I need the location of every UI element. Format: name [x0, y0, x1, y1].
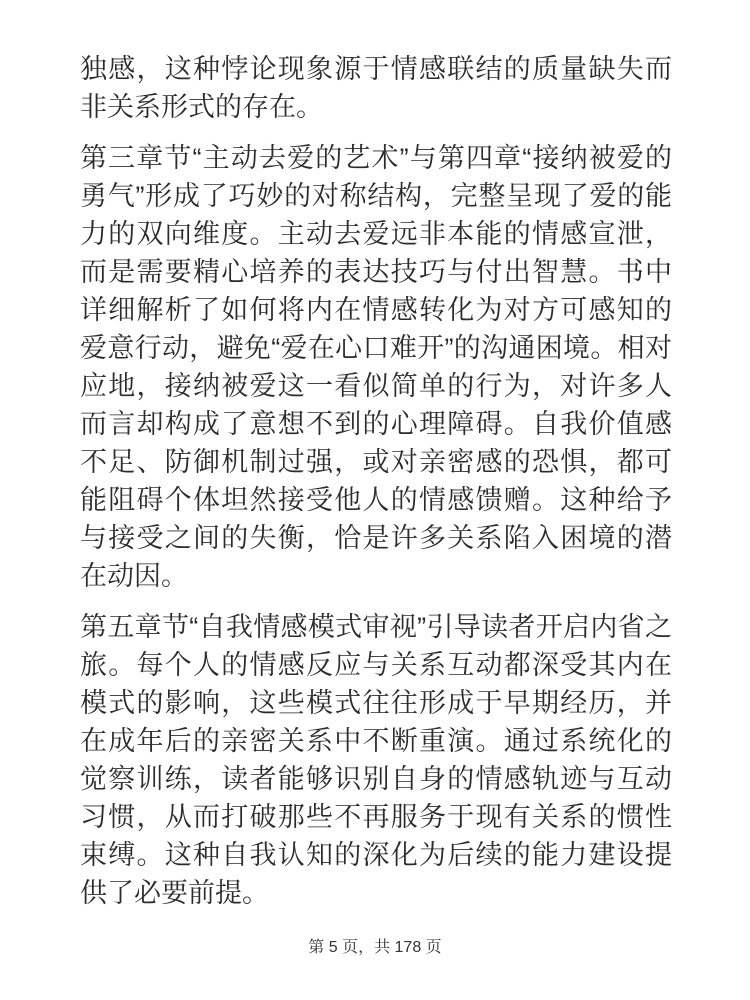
page-number-footer: 第 5 页，共 178 页 — [0, 938, 750, 958]
paragraph-2: 第三章节“主动去爱的艺术”与第四章“接纳被爱的勇气”形成了巧妙的对称结构，完整呈… — [80, 139, 672, 595]
paragraph-1: 独感，这种悖论现象源于情感联结的质量缺失而非关系形式的存在。 — [80, 50, 672, 126]
page-content: 独感，这种悖论现象源于情感联结的质量缺失而非关系形式的存在。 第三章节“主动去爱… — [80, 50, 672, 925]
document-page: 独感，这种悖论现象源于情感联结的质量缺失而非关系形式的存在。 第三章节“主动去爱… — [0, 0, 750, 1000]
paragraph-3: 第五章节“自我情感模式审视”引导读者开启内省之旅。每个人的情感反应与关系互动都深… — [80, 608, 672, 912]
